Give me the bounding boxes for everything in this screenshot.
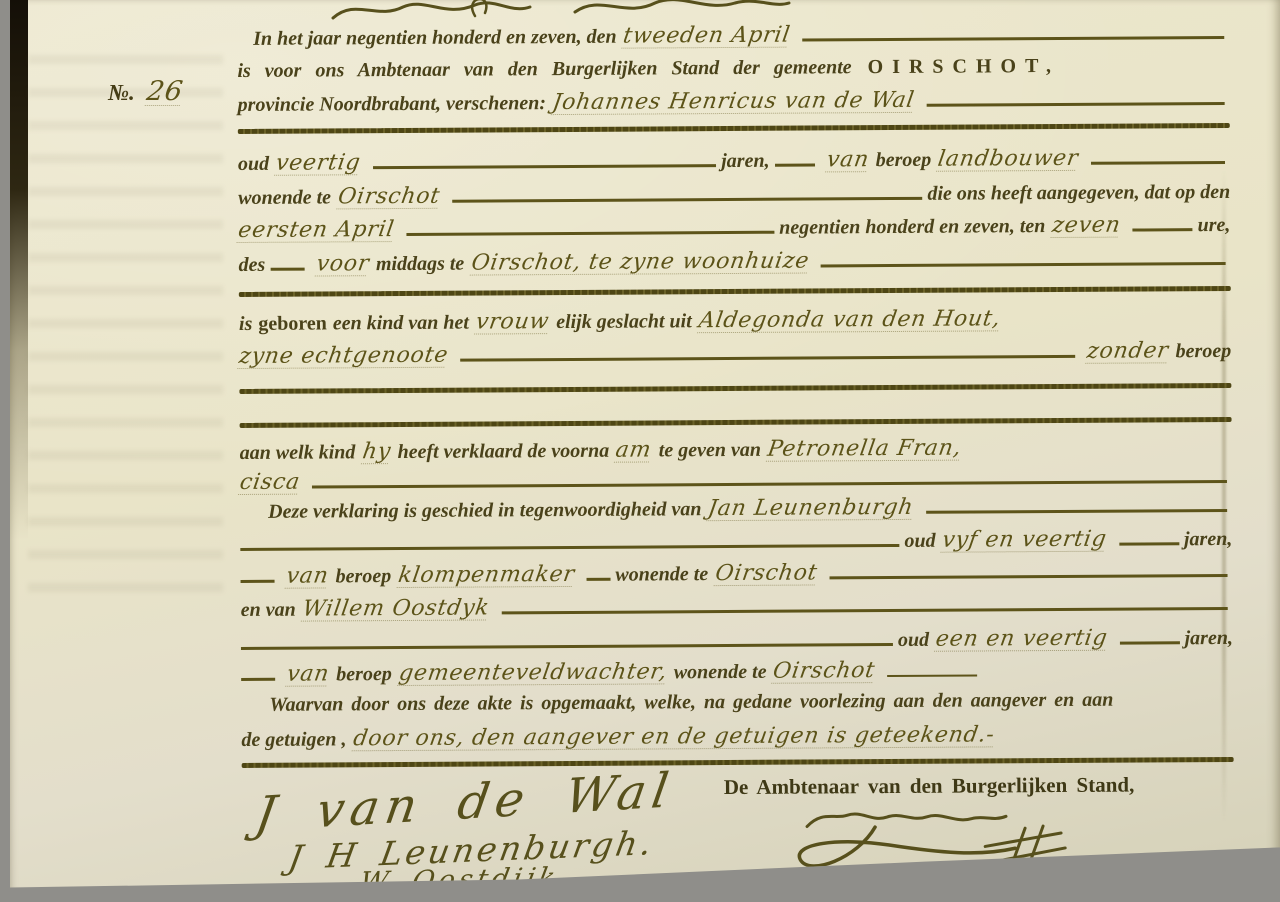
line-spouse: zyne echtgenoote zonder beroep xyxy=(239,338,1231,369)
line-closing-2: de getuigen , door ons, den aangever en … xyxy=(241,721,1233,752)
printed-closing-1: Waarvan door ons deze akte is opgemaakt,… xyxy=(269,689,1113,717)
line-child-naming: aan welk kind hy heeft verklaard de voor… xyxy=(240,434,1232,465)
printed-witness-intro: Deze verklaring is geschied in tegenwoor… xyxy=(268,498,701,524)
printed-wonende2: wonende te xyxy=(674,661,767,685)
section-rule xyxy=(238,123,1230,134)
line-witness2-occupation: van beroep gemeenteveldwachter, wonende … xyxy=(241,656,1233,687)
printed-wonende1: wonende te xyxy=(615,563,708,587)
line-witness1-age: oud vyf en veertig jaren, xyxy=(240,526,1232,557)
printed-year-phrase: negentien honderd en zeven, ten xyxy=(779,215,1045,240)
handwritten-witness2-residence: Oirschot xyxy=(772,658,878,684)
handwritten-van1: van xyxy=(285,563,331,588)
handwritten-witness1-name: Jan Leunenburgh xyxy=(707,495,916,521)
ruled-fill-line xyxy=(887,661,977,677)
act-number-label: №. xyxy=(108,80,135,105)
handwritten-birth-place: Oirschot, te zyne woonhuize xyxy=(469,248,810,275)
printed-oud2: oud xyxy=(898,629,929,652)
handwritten-hour: zeven xyxy=(1050,213,1122,238)
line-province-declarant: provincie Noordbrabant, verschenen: Joha… xyxy=(238,86,1230,117)
printed-province-line: provincie Noordbrabant, verschenen: xyxy=(238,92,546,117)
printed-des: des xyxy=(239,254,266,277)
printed-closing-2: de getuigen , xyxy=(241,728,346,752)
printed-wonende-te: wonende te xyxy=(238,186,331,210)
ruled-fill-line xyxy=(1120,629,1180,644)
handwritten-closing-2: door ons, den aangever en de getuigen is… xyxy=(352,722,997,751)
handwritten-declarant-name: Johannes Henricus van de Wal xyxy=(551,88,917,115)
official-signature xyxy=(777,795,1128,889)
blank-ruled-line xyxy=(240,417,1232,428)
blank-ruled-line xyxy=(239,383,1231,394)
handwritten-witness2-occupation: gemeenteveldwachter, xyxy=(397,659,669,686)
printed-jaren2: jaren, xyxy=(1185,627,1233,650)
line-official-municipality: is voor ons Ambtenaar van den Burgerlijk… xyxy=(237,54,1229,83)
handwritten-child-name-1: Petronella Fran, xyxy=(766,436,963,462)
ruled-fill-line xyxy=(1119,530,1179,545)
ruled-fill-line xyxy=(821,250,1226,267)
binding-shadow xyxy=(10,0,28,540)
printed-aan-welk-kind: aan welk kind xyxy=(240,441,356,465)
line-birthdate-hour: eersten April negentien honderd en zeven… xyxy=(238,212,1230,243)
printed-is: is xyxy=(239,313,252,336)
printed-middags-te: middags te xyxy=(376,253,464,277)
handwritten-witness1-residence: Oirschot xyxy=(713,560,819,586)
reverse-side-showthrough xyxy=(28,55,223,615)
ruled-fill-line xyxy=(501,595,1227,614)
line-witness2-age: oud een en veertig jaren, xyxy=(241,625,1233,656)
handwritten-residence: Oirschot xyxy=(336,184,442,210)
section-rule xyxy=(239,286,1231,297)
handwritten-geslacht: vrouw xyxy=(474,309,551,334)
act-number-value: 26 xyxy=(144,76,185,107)
line-closing-1: Waarvan door ons deze akte is opgemaakt,… xyxy=(241,688,1233,717)
printed-geslacht-rest: elijk geslacht uit xyxy=(556,310,692,334)
line-witness1-occupation: van beroep klompenmaker wonende te Oirsc… xyxy=(240,558,1232,589)
printed-beroep2: beroep xyxy=(1176,340,1232,363)
handwritten-occupation: landbouwer xyxy=(936,146,1080,172)
ruled-fill-line xyxy=(802,24,1224,42)
ruled-fill-line xyxy=(829,562,1228,579)
printed-jaren1: jaren, xyxy=(1184,528,1232,551)
ruled-fill-line xyxy=(460,343,1075,362)
line-witness2-name: en van Willem Oostdyk xyxy=(241,591,1233,622)
line-year-date: In het jaar negentien honderd en zeven, … xyxy=(237,20,1229,51)
handwritten-van2: van xyxy=(285,661,331,686)
ruled-fill-line xyxy=(586,566,610,581)
printed-geboren: geboren xyxy=(258,312,327,335)
handwritten-witness1-age: vyf en veertig xyxy=(941,527,1109,553)
municipality-name: OIRSCHOT, xyxy=(868,55,1060,79)
handwritten-act-date: tweeden April xyxy=(622,23,793,49)
line-age-occupation: oud veertig jaren, van beroep landbouwer xyxy=(238,145,1230,176)
printed-year-intro: In het jaar negentien honderd en zeven, … xyxy=(253,26,616,51)
printed-te-geven-van: te geven van xyxy=(659,439,761,463)
line-witness-intro: Deze verklaring is geschied in tegenwoor… xyxy=(240,493,1232,524)
handwritten-witness2-name: Willem Oostdyk xyxy=(301,595,491,621)
printed-en-van: en van xyxy=(241,599,296,622)
ruled-fill-line xyxy=(312,468,1227,489)
ruled-fill-line xyxy=(927,90,1225,107)
handwritten-birth-date: eersten April xyxy=(237,217,397,243)
ruled-fill-line xyxy=(241,631,893,650)
document-page: №.26 In het jaar negentien honderd en ze… xyxy=(10,0,1280,892)
printed-oud: oud xyxy=(238,153,269,176)
ruled-fill-line xyxy=(926,497,1227,514)
act-text: In het jaar negentien honderd en zeven, … xyxy=(237,0,1234,892)
printed-beroep: beroep xyxy=(876,149,932,172)
printed-beroep2-label: beroep xyxy=(336,663,392,686)
printed-oud1: oud xyxy=(904,530,935,553)
handwritten-witness1-occupation: klompenmaker xyxy=(396,562,576,588)
handwritten-spouse-phrase: zyne echtgenoote xyxy=(237,343,450,369)
ruled-fill-line xyxy=(774,151,814,166)
ruled-fill-line xyxy=(452,185,923,203)
scanned-birth-certificate: { "document": { "act_number_label": "№."… xyxy=(0,0,1280,902)
printed-ure: ure, xyxy=(1198,214,1231,237)
printed-verklaard: heeft verklaard de voorna xyxy=(397,440,609,464)
section-rule xyxy=(242,757,1234,768)
ruled-fill-line xyxy=(270,256,304,271)
printed-official-line: is voor ons Ambtenaar van den Burgerlijk… xyxy=(237,56,851,83)
act-number: №.26 xyxy=(108,76,190,107)
ruled-fill-line xyxy=(241,666,275,681)
ruled-fill-line xyxy=(1133,216,1193,231)
line-child-name-continued: cisca xyxy=(240,464,1232,495)
line-birthplace: des voor middags te Oirschot, te zyne wo… xyxy=(239,246,1231,277)
handwritten-zonder: zonder xyxy=(1085,338,1170,364)
printed-jaren: jaren, xyxy=(721,150,769,173)
handwritten-am: am xyxy=(614,437,653,462)
ruled-fill-line xyxy=(240,568,274,583)
printed-beroep1: beroep xyxy=(336,565,392,588)
ruled-fill-line xyxy=(240,532,899,551)
ruled-fill-line xyxy=(373,152,717,169)
printed-kind-van-het: een kind van het xyxy=(333,312,469,336)
line-residence: wonende te Oirschot die ons heeft aangeg… xyxy=(238,179,1230,210)
handwritten-witness2-age: een en veertig xyxy=(934,626,1109,652)
ruled-fill-line xyxy=(406,219,774,236)
handwritten-mother-name: Aldegonda van den Hout, xyxy=(697,306,1002,333)
witness2-signature: W. Oostdijk xyxy=(357,862,561,898)
handwritten-van: van xyxy=(825,147,871,172)
ruled-fill-line xyxy=(1090,149,1225,165)
official-title: De Ambtenaar van den Burgerlijken Stand, xyxy=(724,773,1135,801)
printed-aangegeven: die ons heeft aangegeven, dat op den xyxy=(927,181,1230,206)
line-born-child: is geboren een kind van het vrouw elijk … xyxy=(239,305,1231,336)
handwritten-hy: hy xyxy=(360,439,392,464)
handwritten-voor: voor xyxy=(314,251,370,276)
handwritten-age: veertig xyxy=(274,150,362,176)
handwritten-child-name-2: cisca xyxy=(238,470,302,495)
